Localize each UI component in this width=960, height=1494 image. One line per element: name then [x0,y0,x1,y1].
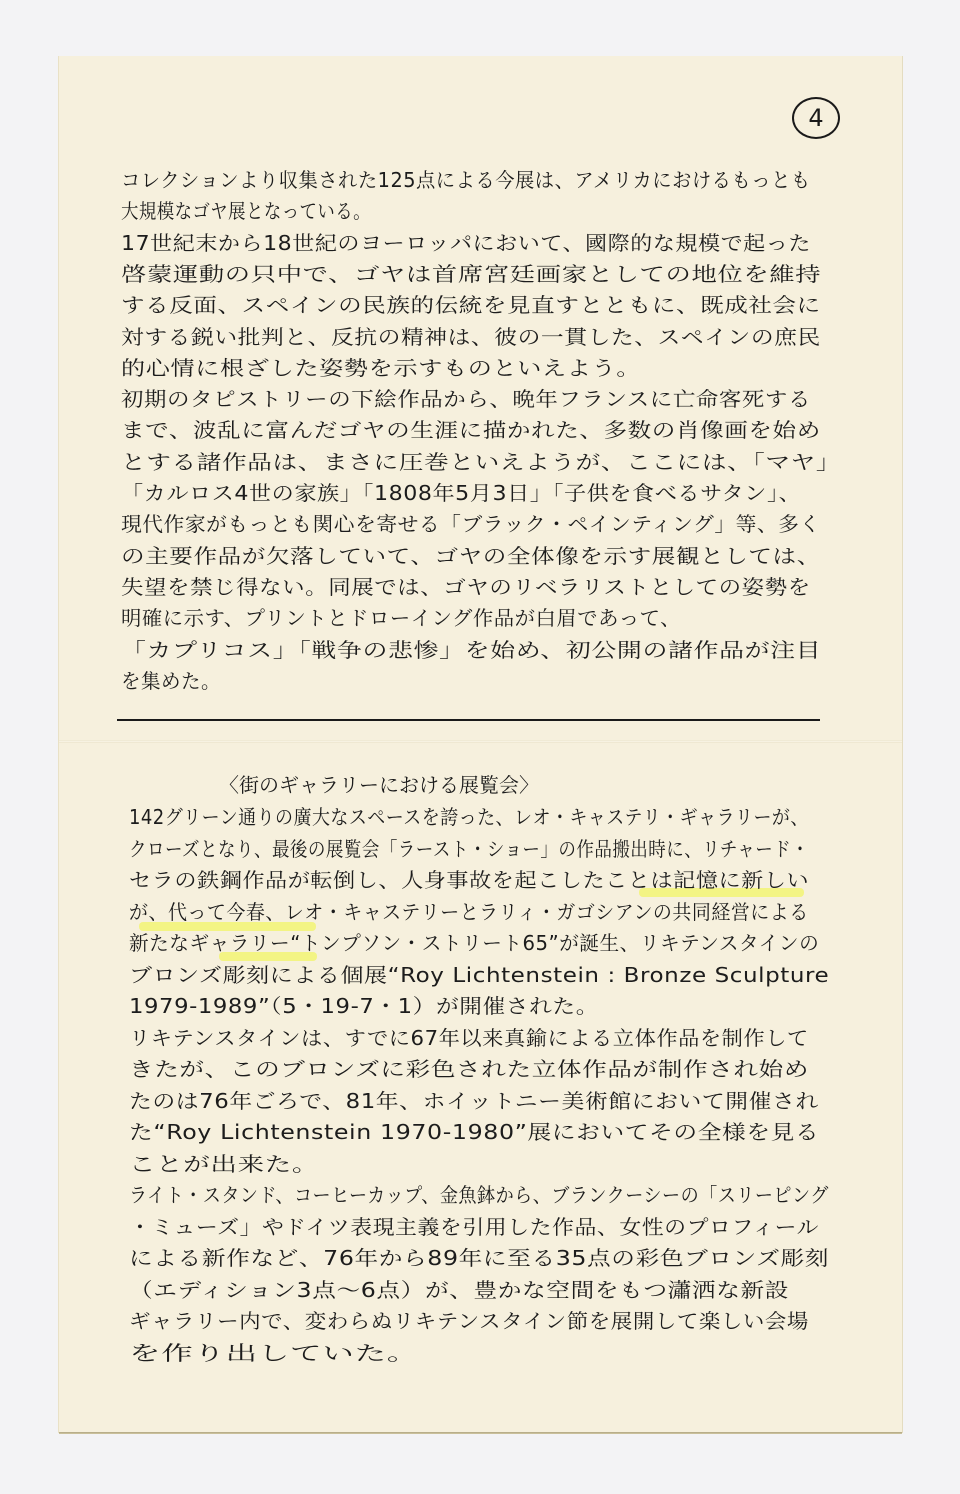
handwritten-line: 「カプリコス」「戦争の悲惨」を始め、初公開の諸作品が注目 [121,634,821,663]
handwritten-line: セラの鉄鋼作品が転倒し、人身事故を起こしたことは記憶に新しい [129,864,809,893]
handwritten-line: 啓蒙運動の只中で、ゴヤは首席宮廷画家としての地位を維持 [121,258,821,287]
handwritten-line: の主要作品が欠落していて、ゴヤの全体像を示す展観としては、 [121,540,821,569]
handwritten-line: 失望を禁じ得ない。同展では、ゴヤのリベラリストとしての姿勢を [121,571,811,600]
section-heading-gallery: 〈街のギャラリーにおける展覧会〉 [219,769,539,798]
page-number-badge: 4 [792,97,840,139]
handwritten-line: 142グリーン通りの廣大なスペースを誇った、レオ・キャステリ・ギャラリーが、 [129,801,809,830]
page-number: 4 [808,104,823,132]
handwritten-line: コレクションより収集された125点による今展は、アメリカにおけるもっとも [121,164,811,193]
handwritten-line: クローズとなり、最後の展覧会「ラースト・ショー」の作品搬出時に、リチャード・ [129,833,809,862]
handwritten-line: を集めた。 [121,665,221,694]
handwritten-line: 大規模なゴヤ展となっている。 [121,195,371,224]
handwritten-line: による新作など、76年から89年に至る35点の彩色ブロンズ彫刻 [129,1242,829,1271]
handwritten-line: たのは76年ごろで、81年、ホイットニー美術館において開催され [129,1085,819,1114]
handwritten-line: 17世紀末から18世紀のヨーロッパにおいて、國際的な規模で起った [121,227,811,256]
handwritten-line: リキテンスタインは、すでに67年以来真鍮による立体作品を制作して [129,1022,809,1051]
handwritten-line: （エディション3点～6点）が、豊かな空間をもつ瀟洒な新設 [129,1274,789,1303]
paper-fold [59,740,902,743]
manuscript-page: 4 コレクションより収集された125点による今展は、アメリカにおけるもっとも大規… [59,56,902,1433]
handwritten-line: た“Roy Lichtenstein 1970-1980”展においてその全様を見… [129,1116,819,1145]
handwritten-line: まで、波乱に富んだゴヤの生涯に描かれた、多数の肖像画を始め [121,414,821,443]
handwritten-line: ・ミューズ」やドイツ表現主義を引用した作品、女性のプロフィール [129,1211,819,1240]
handwritten-line: とする諸作品は、まさに圧巻といえようが、ここには、「マヤ」 [121,446,841,475]
handwritten-line: 対する鋭い批判と、反抗の精神は、彼の一貫した、スペインの庶民 [121,321,821,350]
handwritten-line: ブロンズ彫刻による個展“Roy Lichtenstein : Bronze Sc… [129,959,829,988]
handwritten-line: 明確に示す、プリントとドローイング作品が白眉であって、 [121,602,681,631]
handwritten-line: 1979-1989”（5・19-7・1）が開催された。 [129,990,599,1019]
handwritten-line: 初期のタピストリーの下絵作品から、晩年フランスに亡命客死する [121,383,811,412]
handwritten-line: ギャラリー内で、変わらぬリキテンスタイン節を展開して楽しい会場 [129,1305,809,1334]
handwritten-line: きたが、このブロンズに彩色された立体作品が制作され始め [129,1053,809,1082]
handwritten-line: ライト・スタンド、コーヒーカップ、金魚鉢から、ブランクーシーの「スリーピング [129,1179,829,1208]
handwritten-line: する反面、スペインの民族的伝統を見直すとともに、既成社会に [121,289,821,318]
section-divider [117,719,820,721]
handwritten-line: 新たなギャラリー“トンプソン・ストリート65”が誕生、リキテンスタインの [129,927,819,956]
handwritten-line: が、代って今春、レオ・キャステリーとラリィ・ガゴシアンの共同経営による [129,896,809,925]
handwritten-line: を作り出していた。 [129,1337,419,1366]
handwritten-line: 的心情に根ざした姿勢を示すものといえよう。 [121,352,641,381]
handwritten-line: 「カルロス4世の家族」「1808年5月3日」「子供を食べるサタン」、 [121,477,801,506]
handwritten-line: ことが出来た。 [129,1148,319,1177]
handwritten-line: 現代作家がもっとも関心を寄せる「ブラック・ペインティング」等、多く [121,508,821,537]
